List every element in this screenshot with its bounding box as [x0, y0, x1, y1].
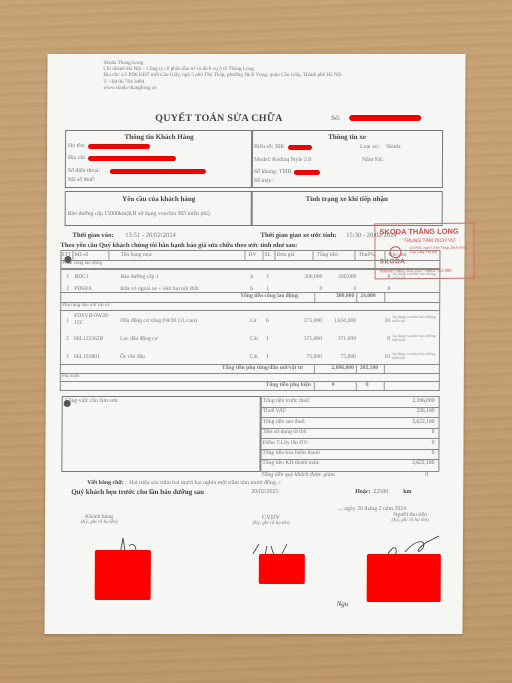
- customer-request-box: Yêu cầu của khách hàng Bảo dưỡng cấp 150…: [65, 191, 253, 226]
- next-service-km-unit: km: [403, 489, 411, 495]
- summary-label: Điểm T.Lũy lần DV:: [262, 440, 308, 446]
- customer-address-label: Địa chỉ: [68, 155, 85, 161]
- time-in-value: 13:51 - 20/02/2024: [125, 232, 176, 239]
- condition-section-title: Tình trạng xe khi tiếp nhận: [252, 195, 442, 203]
- words-label: Viết bằng chữ:: [87, 480, 123, 486]
- parts-subtotal-label: Tổng tiền phụ tùng/dầu mỡ/vật tư: [222, 365, 303, 371]
- summary-value: 226,180: [375, 408, 435, 414]
- header-qty: SL: [264, 252, 271, 258]
- row-name: Ốc rốn dầu: [120, 354, 145, 360]
- cashier-signature-block: Người thu tiền (Ký, ghi rõ họ tên): [375, 512, 445, 523]
- row-tax: 8: [356, 274, 390, 280]
- parts-subtotal: 2,096,000: [316, 365, 354, 371]
- punch-hole-icon: [64, 256, 71, 263]
- summary-label: Tổng tiền trước thuế:: [263, 398, 311, 404]
- time-in-label: Thời gian vào:: [73, 232, 114, 239]
- row-unit: h: [250, 274, 253, 280]
- col-sep: [356, 381, 357, 390]
- vehicle-chassis-label: Số khung: TMB: [254, 169, 292, 175]
- customer-signature-block: Khách hàng (Ký, ghi rõ họ tên): [69, 514, 129, 525]
- next-service-row: Quý khách hẹn trước cho lần bảo dưỡng sa…: [71, 488, 204, 496]
- col-sep: [384, 250, 385, 260]
- accessories-section-title: Phụ kiện: [62, 374, 80, 379]
- col-sep: [356, 364, 357, 373]
- row-qty: 1: [266, 354, 269, 360]
- row-total: 300,000: [314, 274, 356, 280]
- punch-hole-icon: [64, 400, 71, 407]
- table-left-border: [60, 250, 62, 390]
- accessories-subtotal-tax: 0: [366, 382, 369, 388]
- words-value: Hai triệu sáu trăm hai mươi hai nghìn mộ…: [129, 480, 282, 486]
- parts-section-title: Phụ tùng dầu mỡ vật tư: [62, 303, 109, 308]
- advisor-signature-hint: (Ký, ghi rõ họ tên): [241, 521, 301, 526]
- summary-label: Tổng tiền KH thanh toán:: [262, 460, 320, 466]
- amount-in-words: Viết bằng chữ: Hai triệu sáu trăm hai mư…: [87, 480, 282, 486]
- vehicle-engine-label: Số máy:: [254, 178, 273, 184]
- col-sep: [244, 250, 245, 260]
- parts-subtotal-tax: 202,180: [360, 365, 378, 371]
- col-sep: [312, 250, 313, 260]
- col-sep: [384, 292, 385, 302]
- col-sep: [274, 250, 275, 260]
- col-sep: [108, 250, 109, 260]
- col-sep: [354, 250, 355, 260]
- row-note: Áp dụng voucher bảo dưỡng miễn phí: [392, 352, 438, 361]
- row-qty: 1: [266, 274, 269, 280]
- header-divider: [60, 268, 440, 269]
- advisor-signature-title: CVDV: [241, 514, 301, 521]
- table-right-border: [439, 250, 441, 390]
- row-total: 371,000: [314, 336, 356, 342]
- customer-name-label: Họ tên:: [68, 143, 85, 149]
- row-stt: 2: [66, 336, 69, 342]
- time-out-row: Thời gian giao xe ước tính: 15:30 - 20/0…: [261, 232, 397, 239]
- quote-intro: Theo yêu cầu Quý khách chúng tôi hân hạn…: [60, 242, 297, 249]
- redacted-plate: [288, 145, 312, 150]
- time-out-value: 15:30 - 20/02/2024: [346, 232, 397, 239]
- summary-value: 2,622,180: [375, 419, 435, 425]
- redacted-customer-phone: [110, 169, 206, 174]
- row-tax: 8: [356, 336, 390, 342]
- items-table: STT Mã số Tên hạng mục ĐV SL Đơn giá Tổn…: [60, 250, 441, 398]
- row-unit: Cái: [250, 354, 258, 360]
- labor-subtotal-bottom: [60, 302, 440, 303]
- paint-work-box: Công việc cần làm sơn: [61, 396, 261, 472]
- summary-label: Tiền sử dụng từ thẻ:: [263, 429, 308, 435]
- col-sep: [72, 250, 73, 260]
- accessories-subtotal-bottom: [60, 390, 440, 391]
- customer-info-box: Thông tin Khách Hàng Họ tên: Địa chỉ Số …: [65, 130, 253, 188]
- document-title: QUYẾT TOÁN SỬA CHỮA: [155, 113, 283, 124]
- vehicle-section-title: Thông tin xe: [252, 133, 442, 141]
- summary-label: Thuế VAT:: [263, 408, 287, 414]
- next-service-label: Quý khách hẹn trước cho lần bảo dưỡng sa…: [71, 488, 204, 496]
- customer-section-title: Thông tin Khách Hàng: [66, 133, 252, 141]
- col-sep: [314, 364, 315, 373]
- summary-value: 0: [374, 440, 434, 446]
- row-total: 75,000: [314, 354, 356, 360]
- next-service-date: 20/02/2025: [251, 489, 278, 495]
- col-sep: [314, 292, 315, 302]
- summary-value: 0: [375, 429, 435, 435]
- customer-phone-label: Số điện thoại:: [68, 168, 100, 174]
- col-sep: [262, 250, 263, 260]
- redacted-advisor-signature: [259, 554, 305, 584]
- header-item-name: Tên hạng mục: [120, 252, 152, 258]
- request-text: Bảo dưỡng cấp 15000km(KH sử dụng voucher…: [68, 211, 210, 217]
- vehicle-model: Model: Kodiaq Style 2.0: [254, 157, 311, 163]
- handwritten-note: Ngu: [337, 600, 349, 608]
- header-unit: ĐV: [248, 252, 256, 258]
- summary-value: 2,622,180: [374, 460, 434, 466]
- row-tax: 10: [356, 354, 390, 360]
- col-sep: [384, 381, 385, 390]
- col-sep: [356, 292, 357, 302]
- header-code: Mã số: [74, 252, 88, 258]
- redacted-chassis: [294, 170, 320, 175]
- customer-tax-label: Mã số thuế:: [68, 177, 95, 183]
- row-note: Áp dụng voucher bảo dưỡng miễn phí: [392, 334, 438, 343]
- customer-signature-hint: (Ký, ghi rõ họ tên): [69, 520, 129, 525]
- time-out-label: Thời gian giao xe ước tính:: [261, 232, 337, 239]
- summary-label: Tổng tiền bảo hiểm thanh: [262, 450, 320, 456]
- row-total: 1,650,000: [314, 318, 356, 324]
- paint-work-title: Công việc cần làm sơn: [65, 398, 118, 404]
- parts-title-bottom: [60, 310, 440, 311]
- header-row-bottom: [60, 260, 440, 261]
- company-website: www.skoda-thanglong.vn: [103, 85, 443, 91]
- col-sep: [384, 364, 385, 373]
- request-section-title: Yêu cầu của khách hàng: [66, 195, 252, 203]
- row-stt: 1: [66, 318, 69, 324]
- vehicle-plate-label: Biển số: 30K: [254, 144, 285, 150]
- vehicle-condition-box: Tình trạng xe khi tiếp nhận: [251, 191, 443, 226]
- next-service-or-label: Hoặc:: [355, 489, 370, 495]
- row-name: Bảo dưỡng cấp 1: [120, 274, 158, 280]
- company-header: Skoda Thang Long Chi nhánh Hà Nội – Công…: [103, 60, 443, 91]
- accessories-subtotal-label: Tổng tiền phụ kiện: [266, 382, 311, 388]
- row-code: PDSVB-0W20-12C: [74, 313, 110, 326]
- parts-subtotal-bottom: [60, 373, 440, 374]
- accessories-subtotal: 0: [332, 382, 335, 388]
- redacted-cashier-signature: [367, 554, 441, 602]
- labor-subtotal-label: Tổng tiền công lao động:: [240, 293, 299, 299]
- row-unit: Lit: [250, 318, 257, 324]
- redacted-customer-name: [88, 144, 150, 149]
- col-sep: [314, 381, 315, 390]
- row-name: Dầu động cơ xăng 0W20 (1L/can): [120, 318, 197, 324]
- labor-subtotal: 300,000: [316, 293, 354, 299]
- header-note: Ghi chú: [388, 252, 406, 258]
- row-qty: 1: [266, 336, 269, 342]
- row-code: 06L115562B: [74, 336, 103, 342]
- row-stt: 3: [66, 354, 69, 360]
- invoice-paper: Skoda Thang Long Chi nhánh Hà Nội – Công…: [44, 54, 465, 634]
- row-name: Lọc dầu động cơ: [120, 336, 158, 342]
- vehicle-type-value: Skoda: [386, 144, 401, 150]
- redacted-document-number: [349, 115, 421, 121]
- row-unit: Cái: [250, 336, 258, 342]
- labor-subtotal-tax: 24,000: [360, 293, 375, 299]
- discount-label: Tổng tiền quý khách được giảm: [261, 472, 334, 478]
- redacted-customer-signature: [95, 550, 151, 600]
- discount-value: 0: [425, 472, 428, 478]
- row-code: BDC1: [74, 274, 88, 280]
- header-price: Đơn giá: [276, 252, 294, 258]
- summary-value: 0: [374, 450, 434, 456]
- stamp-service-center: TRUNG TÂM DỊCH VỤ: [403, 238, 455, 244]
- header-total: Tổng tiền: [316, 252, 338, 258]
- vehicle-year-label: Năm SX:: [362, 157, 384, 163]
- summary-value: 2,396,000: [375, 398, 435, 404]
- time-in-row: Thời gian vào: 13:51 - 20/02/2024: [73, 232, 176, 239]
- row-stt: 1: [66, 274, 69, 280]
- row-code: 06L103801: [74, 354, 100, 360]
- document-number-label: Số:: [331, 114, 340, 122]
- next-service-km: 22500: [373, 489, 388, 495]
- row-qty: 6: [266, 318, 269, 324]
- redacted-customer-address: [88, 156, 176, 161]
- row-tax: 10: [356, 318, 390, 324]
- vehicle-info-box: Thông tin xe Biển số: 30K Loại xe: Skoda…: [251, 130, 443, 188]
- advisor-signature-block: CVDV (Ký, ghi rõ họ tên): [241, 514, 301, 526]
- vehicle-type-label: Loại xe:: [360, 144, 379, 150]
- row-note: Áp dụng voucher bảo dưỡng miễn phí: [392, 315, 438, 324]
- summary-label: Tổng tiền sau thuế:: [263, 419, 306, 425]
- row-note: Áp dụng voucher bảo dưỡng miễn phí: [392, 272, 438, 281]
- cashier-signature-hint: (Ký, ghi rõ họ tên): [375, 518, 445, 523]
- header-tax: Thuế%: [358, 252, 374, 258]
